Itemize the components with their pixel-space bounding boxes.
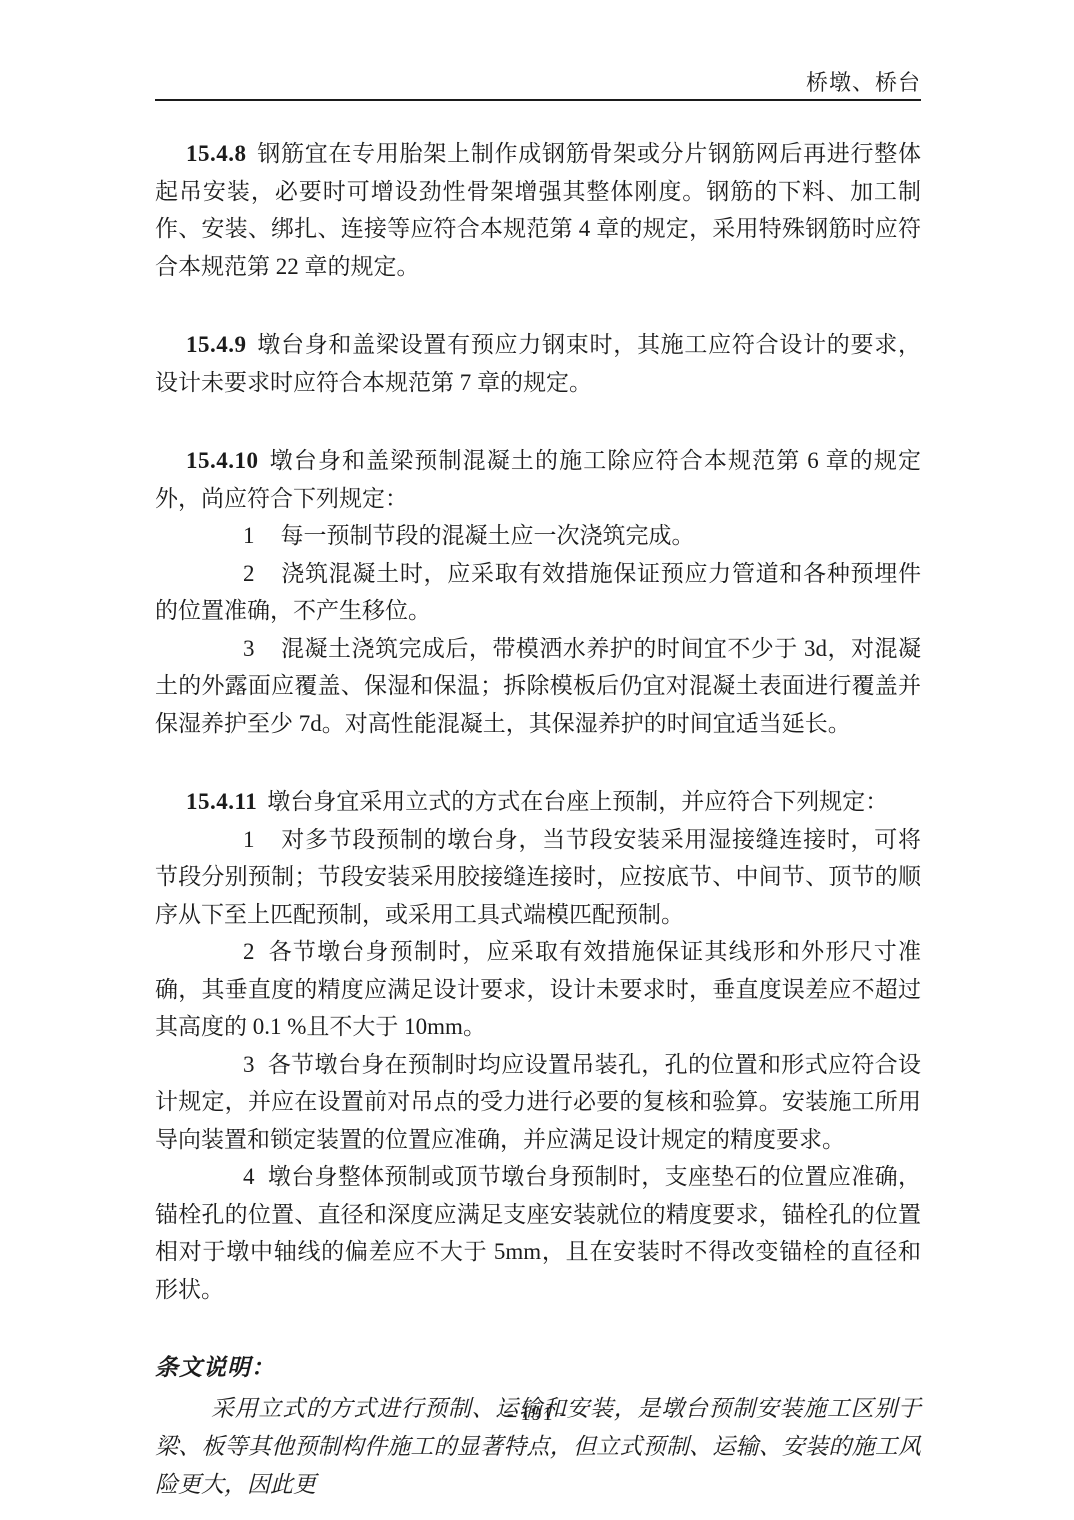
clause-number: 15.4.11: [186, 789, 257, 814]
clause-item: 1对多节段预制的墩台身，当节段安装采用湿接缝连接时，可将节段分别预制；节段安装采…: [155, 821, 921, 934]
item-text: 对多节段预制的墩台身，当节段安装采用湿接缝连接时，可将节段分别预制；节段安装采用…: [155, 827, 921, 927]
item-text: 每一预制节段的混凝土应一次浇筑完成。: [281, 523, 695, 548]
clause-paragraph: 15.4.9墩台身和盖梁设置有预应力钢束时，其施工应符合设计的要求，设计未要求时…: [155, 326, 921, 401]
item-text: 墩台身整体预制或顶节墩台身预制时，支座垫石的位置应准确，锚栓孔的位置、直径和深度…: [155, 1164, 921, 1302]
page-content: 桥墩、桥台 15.4.8钢筋宜在专用胎架上制作成钢筋骨架或分片钢筋网后再进行整体…: [155, 0, 921, 1504]
document-body: 15.4.8钢筋宜在专用胎架上制作成钢筋骨架或分片钢筋网后再进行整体起吊安装，必…: [155, 135, 921, 1504]
item-number: 2: [199, 555, 255, 593]
document-page: 桥墩、桥台 15.4.8钢筋宜在专用胎架上制作成钢筋骨架或分片钢筋网后再进行整体…: [0, 0, 1074, 1520]
clause-paragraph: 15.4.8钢筋宜在专用胎架上制作成钢筋骨架或分片钢筋网后再进行整体起吊安装，必…: [155, 135, 921, 285]
page-number: - 191 -: [0, 1403, 1074, 1426]
clause-text: 钢筋宜在专用胎架上制作成钢筋骨架或分片钢筋网后再进行整体起吊安装，必要时可增设劲…: [155, 141, 921, 279]
item-number: 3: [199, 630, 255, 668]
clause-15-4-9: 15.4.9墩台身和盖梁设置有预应力钢束时，其施工应符合设计的要求，设计未要求时…: [155, 326, 921, 401]
clause-15-4-11: 15.4.11墩台身宜采用立式的方式在台座上预制，并应符合下列规定： 1对多节段…: [155, 783, 921, 1308]
header-rule: [155, 99, 921, 101]
clause-number: 15.4.9: [186, 332, 247, 357]
item-number: 1: [199, 821, 255, 859]
clause-item: 4墩台身整体预制或顶节墩台身预制时，支座垫石的位置应准确，锚栓孔的位置、直径和深…: [155, 1158, 921, 1308]
clause-item: 3混凝土浇筑完成后，带模洒水养护的时间宜不少于 3d，对混凝土的外露面应覆盖、保…: [155, 630, 921, 743]
clause-text: 墩台身宜采用立式的方式在台座上预制，并应符合下列规定：: [267, 789, 888, 814]
clause-number: 15.4.10: [186, 448, 259, 473]
clause-paragraph: 15.4.10墩台身和盖梁预制混凝土的施工除应符合本规范第 6 章的规定外，尚应…: [155, 442, 921, 517]
item-text: 混凝土浇筑完成后，带模洒水养护的时间宜不少于 3d，对混凝土的外露面应覆盖、保湿…: [155, 636, 921, 736]
item-text: 各节墩台身在预制时均应设置吊装孔，孔的位置和形式应符合设计规定，并应在设置前对吊…: [155, 1052, 921, 1152]
clause-item: 3各节墩台身在预制时均应设置吊装孔，孔的位置和形式应符合设计规定，并应在设置前对…: [155, 1046, 921, 1159]
running-header: 桥墩、桥台: [155, 0, 921, 95]
item-number: 1: [199, 517, 255, 555]
item-text: 各节墩台身预制时，应采取有效措施保证其线形和外形尺寸准确，其垂直度的精度应满足设…: [155, 939, 921, 1039]
clause-paragraph: 15.4.11墩台身宜采用立式的方式在台座上预制，并应符合下列规定：: [155, 783, 921, 821]
commentary-heading: 条文说明：: [155, 1349, 921, 1387]
item-number: 3: [199, 1046, 255, 1084]
clause-text: 墩台身和盖梁预制混凝土的施工除应符合本规范第 6 章的规定外，尚应符合下列规定：: [155, 448, 921, 511]
clause-15-4-8: 15.4.8钢筋宜在专用胎架上制作成钢筋骨架或分片钢筋网后再进行整体起吊安装，必…: [155, 135, 921, 285]
commentary-section: 条文说明： 采用立式的方式进行预制、运输和安装，是墩台预制安装施工区别于梁、板等…: [155, 1349, 921, 1504]
clause-item: 2浇筑混凝土时，应采取有效措施保证预应力管道和各种预埋件的位置准确，不产生移位。: [155, 555, 921, 630]
item-number: 2: [199, 933, 255, 971]
clause-item: 2各节墩台身预制时，应采取有效措施保证其线形和外形尺寸准确，其垂直度的精度应满足…: [155, 933, 921, 1046]
clause-item: 1每一预制节段的混凝土应一次浇筑完成。: [155, 517, 921, 555]
clause-15-4-10: 15.4.10墩台身和盖梁预制混凝土的施工除应符合本规范第 6 章的规定外，尚应…: [155, 442, 921, 742]
item-number: 4: [199, 1158, 255, 1196]
clause-text: 墩台身和盖梁设置有预应力钢束时，其施工应符合设计的要求，设计未要求时应符合本规范…: [155, 332, 921, 395]
clause-number: 15.4.8: [186, 141, 247, 166]
item-text: 浇筑混凝土时，应采取有效措施保证预应力管道和各种预埋件的位置准确，不产生移位。: [155, 561, 921, 624]
running-header-title: 桥墩、桥台: [806, 70, 921, 95]
